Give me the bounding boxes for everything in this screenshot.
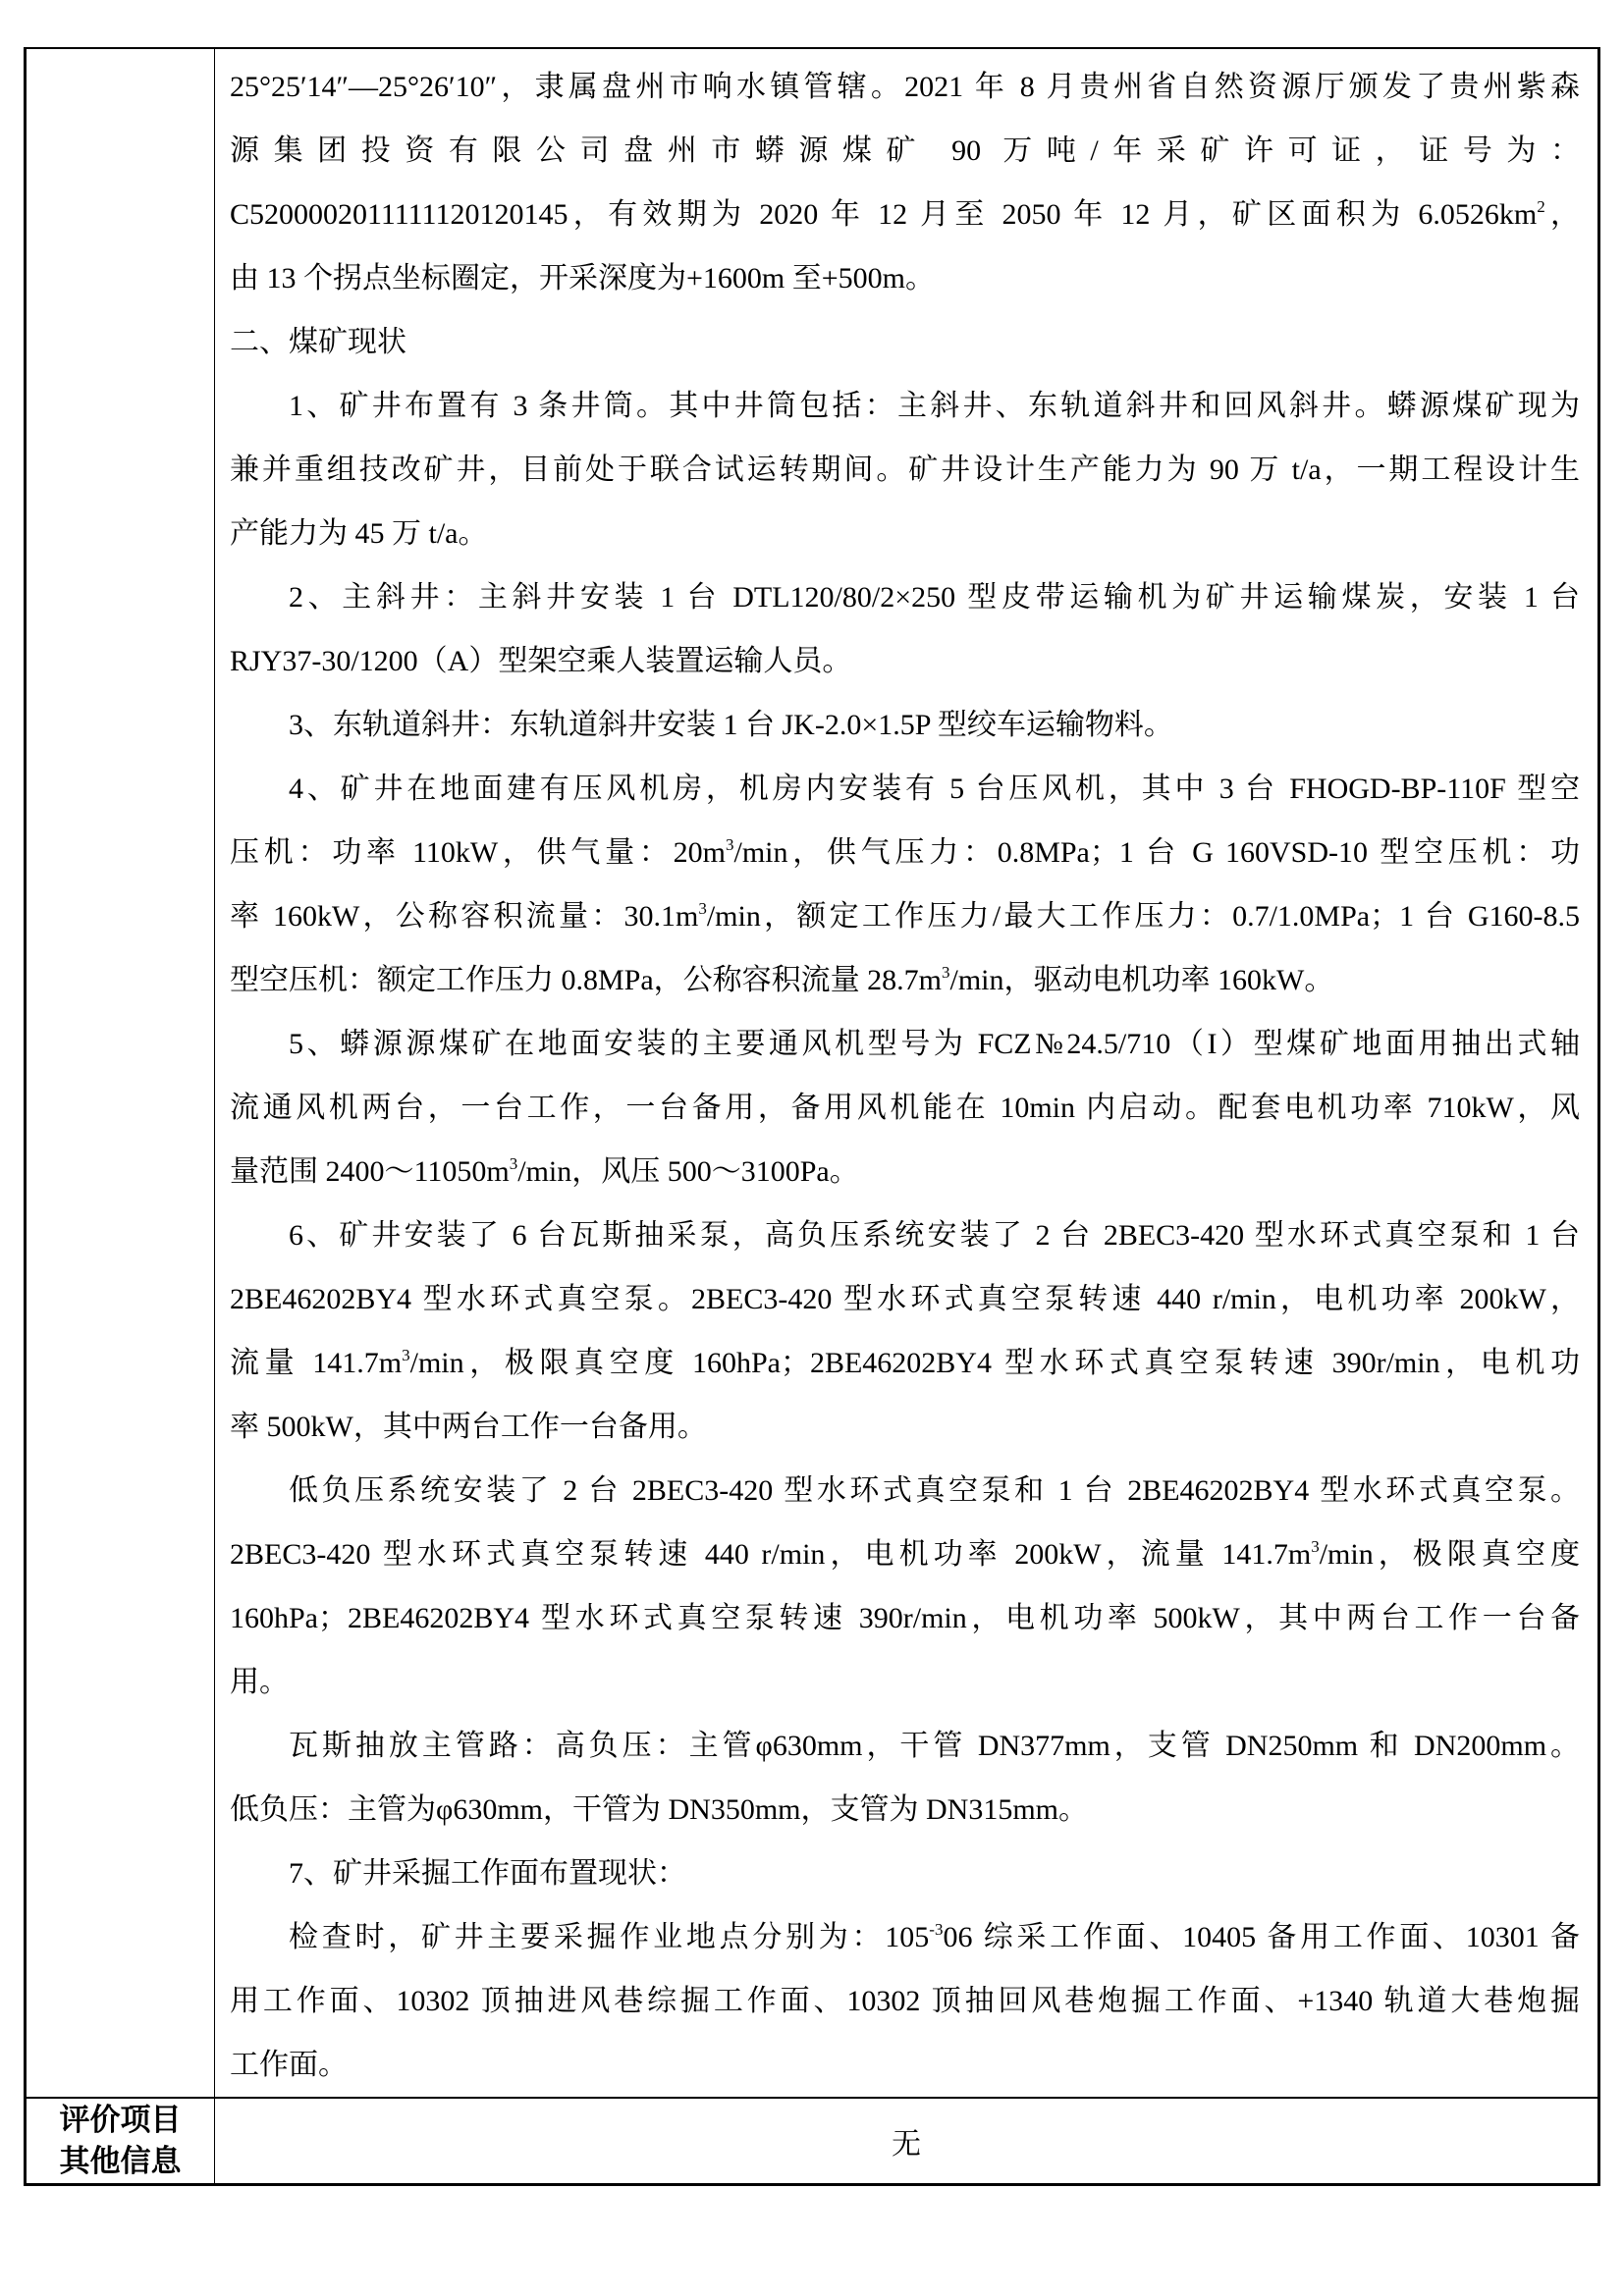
text-segment: /min，极限真空度 160hPa；2BE46202BY4 型水环式真空泵转速 … [410,1347,1580,1379]
text-line: 压机：功率 110kW，供气量：20m3/min，供气压力：0.8MPa；1 台… [230,821,1580,884]
text-line: 型空压机：额定工作压力 0.8MPa，公称容积流量 28.7m3/min，驱动电… [230,948,1580,1012]
text-line: 低负压：主管为φ630mm，干管为 DN350mm，支管为 DN315mm。 [230,1778,1580,1842]
text-segment: /min，供气压力：0.8MPa；1 台 G 160VSD-10 型空压机：功 [733,836,1580,869]
text-line: 2BE46202BY4 型水环式真空泵。2BEC3-420 型水环式真空泵转速 … [230,1267,1580,1331]
text-line: 5、蟒源源煤矿在地面安装的主要通风机型号为 FCZ№24.5/710（I）型煤矿… [230,1012,1580,1076]
text-segment: 流量 141.7m [230,1347,402,1379]
other-info-value: 无 [215,2098,1599,2185]
superscript: -3 [929,1920,943,1939]
text-segment: C5200002011111120120145，有效期为 2020 年 12 月… [230,198,1537,231]
table-row-project-overview: 25°25′14″—25°26′10″，隶属盘州市响水镇管辖。2021 年 8 … [26,48,1599,2098]
text-segment: /min，风压 500～3100Pa。 [517,1155,859,1188]
text-line: RJY37-30/1200（A）型架空乘人装置运输人员。 [230,629,1580,693]
text-line: 工作面。 [230,2033,1580,2097]
superscript: 3 [1311,1537,1320,1556]
text-line: 4、矿井在地面建有压风机房，机房内安装有 5 台压风机，其中 3 台 FHOGD… [230,757,1580,821]
text-segment: 06 综采工作面、10405 备用工作面、10301 备 [943,1921,1580,1953]
text-line: 160hPa；2BE46202BY4 型水环式真空泵转速 390r/min，电机… [230,1586,1580,1650]
text-segment: 检查时，矿井主要采掘作业地点分别为：105 [289,1921,929,1953]
superscript: 3 [402,1346,410,1364]
row-label-cell-empty [26,48,215,2098]
text-line: 1、矿井布置有 3 条井筒。其中井筒包括：主斜井、东轨道斜井和回风斜井。蟒源煤矿… [230,374,1580,438]
text-line: 源集团投资有限公司盘州市蟒源煤矿 90 万吨/年采矿许可证，证号为： [230,119,1580,183]
row-label-line1: 评价项目 [27,2100,214,2141]
text-segment: /min，极限真空度 [1320,1538,1580,1571]
text-line: 率 160kW，公称容积流量：30.1m3/min，额定工作压力/最大工作压力：… [230,884,1580,948]
text-segment: ， [1545,198,1580,231]
text-line: 2BEC3-420 型水环式真空泵转速 440 r/min，电机功率 200kW… [230,1522,1580,1586]
text-line: 率 500kW，其中两台工作一台备用。 [230,1395,1580,1459]
text-line: 3、东轨道斜井：东轨道斜井安装 1 台 JK-2.0×1.5P 型绞车运输物料。 [230,693,1580,757]
text-segment: 型空压机：额定工作压力 0.8MPa，公称容积流量 28.7m [230,964,942,996]
text-line: 瓦斯抽放主管路：高负压：主管φ630mm，干管 DN377mm，支管 DN250… [230,1714,1580,1778]
text-line: 低负压系统安装了 2 台 2BEC3-420 型水环式真空泵和 1 台 2BE4… [230,1459,1580,1522]
text-line: 流量 141.7m3/min，极限真空度 160hPa；2BE46202BY4 … [230,1331,1580,1395]
text-line: 流通风机两台，一台工作，一台备用，备用风机能在 10min 内启动。配套电机功率… [230,1076,1580,1140]
evaluation-table: 25°25′14″—25°26′10″，隶属盘州市响水镇管辖。2021 年 8 … [24,47,1600,2186]
text-line: 产能力为 45 万 t/a。 [230,502,1580,565]
text-line: 7、矿井采掘工作面布置现状： [230,1842,1580,1905]
text-line: 2、主斜井：主斜井安装 1 台 DTL120/80/2×250 型皮带运输机为矿… [230,565,1580,629]
text-line: 25°25′14″—25°26′10″，隶属盘州市响水镇管辖。2021 年 8 … [230,55,1580,119]
text-segment: 2BEC3-420 型水环式真空泵转速 440 r/min，电机功率 200kW… [230,1538,1311,1571]
paragraph-block: 25°25′14″—25°26′10″，隶属盘州市响水镇管辖。2021 年 8 … [230,55,1580,2097]
text-line: 用。 [230,1650,1580,1714]
text-segment: 量范围 2400～11050m [230,1155,510,1188]
text-line: 二、煤矿现状 [230,310,1580,374]
text-segment: /min，额定工作压力/最大工作压力：0.7/1.0MPa；1 台 G160-8… [707,900,1580,933]
superscript: 3 [942,963,950,982]
text-line: 兼并重组技改矿井，目前处于联合试运转期间。矿井设计生产能力为 90 万 t/a，… [230,438,1580,502]
text-line: 量范围 2400～11050m3/min，风压 500～3100Pa。 [230,1140,1580,1203]
content-cell: 25°25′14″—25°26′10″，隶属盘州市响水镇管辖。2021 年 8 … [215,48,1599,2098]
text-line: 6、矿井安装了 6 台瓦斯抽采泵，高负压系统安装了 2 台 2BEC3-420 … [230,1203,1580,1267]
superscript: 3 [510,1154,518,1173]
superscript: 2 [1537,197,1545,216]
text-segment: /min，驱动电机功率 160kW。 [950,964,1334,996]
text-line: C5200002011111120120145，有效期为 2020 年 12 月… [230,183,1580,246]
text-segment: 率 160kW，公称容积流量：30.1m [230,900,698,933]
row-label-line2: 其他信息 [27,2141,214,2182]
superscript: 3 [698,899,707,918]
table-row-other-info: 评价项目 其他信息 无 [26,2098,1599,2185]
text-line: 检查时，矿井主要采掘作业地点分别为：105-306 综采工作面、10405 备用… [230,1905,1580,1969]
row-label-cell: 评价项目 其他信息 [26,2098,215,2185]
text-segment: 压机：功率 110kW，供气量：20m [230,836,726,869]
text-line: 由 13 个拐点坐标圈定，开采深度为+1600m 至+500m。 [230,246,1580,310]
text-line: 用工作面、10302 顶抽进风巷综掘工作面、10302 顶抽回风巷炮掘工作面、+… [230,1969,1580,2033]
